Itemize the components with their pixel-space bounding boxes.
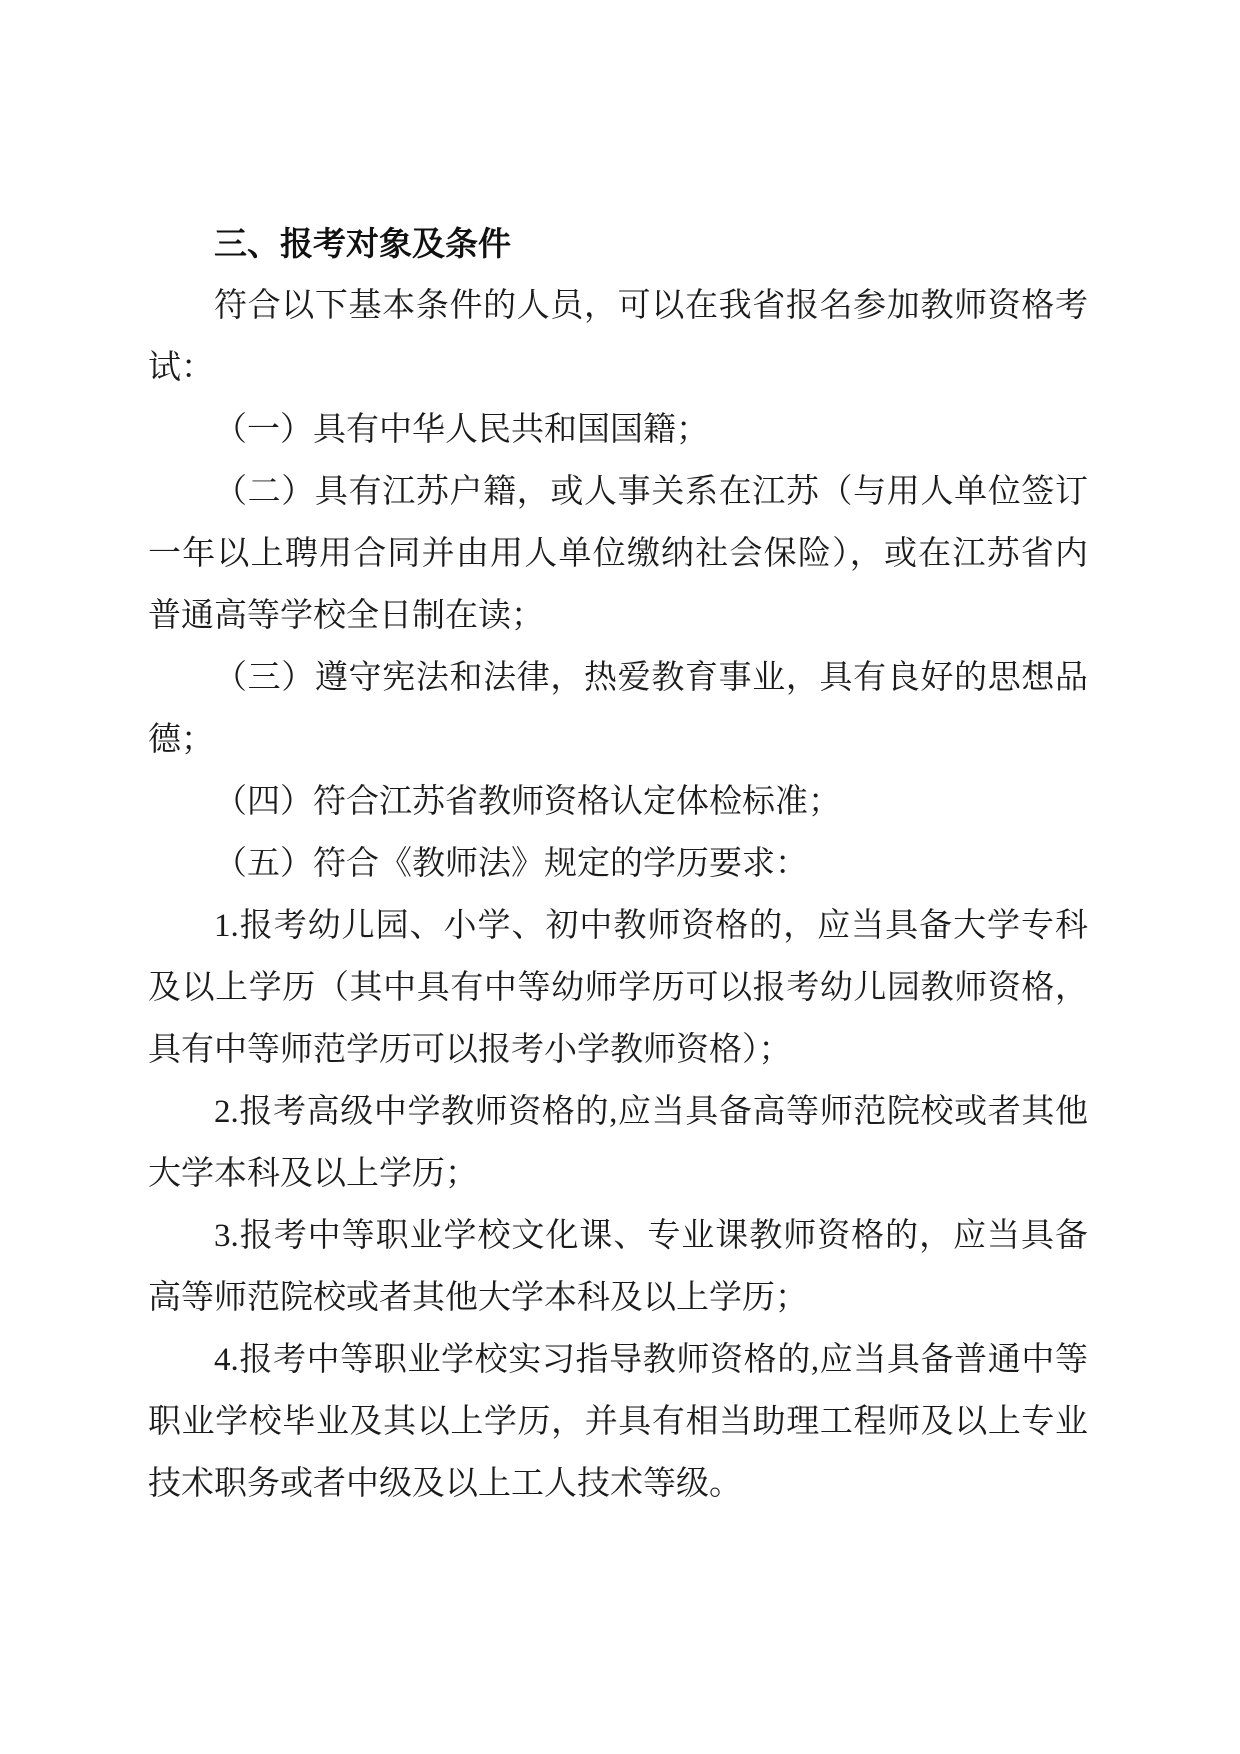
condition-5-education-requirement: （五）符合《教师法》规定的学历要求：: [148, 833, 1088, 895]
condition-3-morality: （三）遵守宪法和法律，热爱教育事业，具有良好的思想品德；: [148, 647, 1088, 771]
degree-requirement-4: 4.报考中等职业学校实习指导教师资格的,应当具备普通中等职业学校毕业及其以上学历…: [148, 1329, 1088, 1515]
paragraph-intro: 符合以下基本条件的人员，可以在我省报名参加教师资格考试：: [148, 275, 1088, 399]
section-heading: 三、报考对象及条件: [148, 213, 1088, 275]
degree-requirement-3: 3.报考中等职业学校文化课、专业课教师资格的，应当具备高等师范院校或者其他大学本…: [148, 1205, 1088, 1329]
degree-requirement-1: 1.报考幼儿园、小学、初中教师资格的，应当具备大学专科及以上学历（其中具有中等幼…: [148, 895, 1088, 1081]
degree-requirement-2: 2.报考高级中学教师资格的,应当具备高等师范院校或者其他大学本科及以上学历；: [148, 1081, 1088, 1205]
condition-1-nationality: （一）具有中华人民共和国国籍；: [148, 399, 1088, 461]
condition-2-residence: （二）具有江苏户籍，或人事关系在江苏（与用人单位签订一年以上聘用合同并由用人单位…: [148, 461, 1088, 647]
document-page: 三、报考对象及条件 符合以下基本条件的人员，可以在我省报名参加教师资格考试： （…: [0, 0, 1240, 1754]
condition-4-health-standard: （四）符合江苏省教师资格认定体检标准；: [148, 771, 1088, 833]
